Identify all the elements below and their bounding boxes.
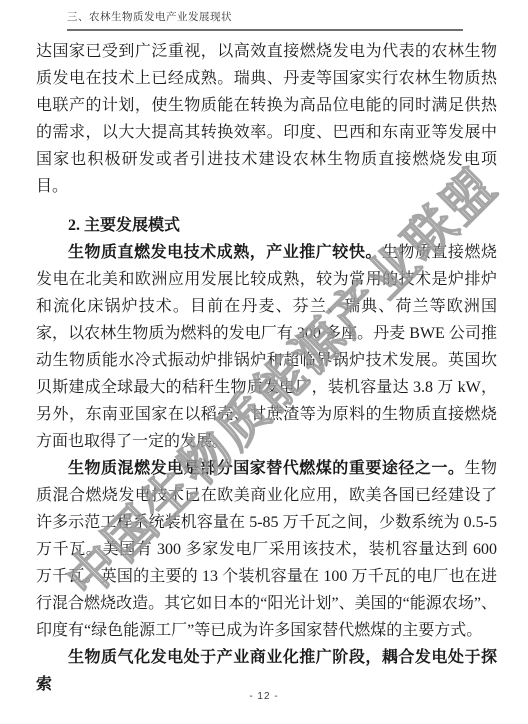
page-header: 三、农林生物质发电产业发展现状 — [67, 7, 463, 31]
paragraph-co-firing: 生物质混燃发电是部分国家替代燃煤的重要途径之一。生物质混合燃烧发电技术已在欧美商… — [36, 455, 497, 644]
paragraph-body-text: 生物质混合燃烧发电技术已在欧美商业化应用，欧美各国已经建设了许多示范工程系统装机… — [36, 460, 497, 639]
paragraph-gasification: 生物质气化发电处于产业商业化推广阶段，耦合发电处于探索 — [36, 644, 497, 698]
paragraph-body-text: 生物质直接燃烧发电在北美和欧洲应用发展比较成熟，较为常用的技术是炉排炉和流化床锅… — [36, 244, 497, 450]
page-content: 达国家已受到广泛重视，以高效直接燃烧发电为代表的农林生物质发电在技术上已经成熟。… — [36, 38, 497, 698]
header-title: 三、农林生物质发电产业发展现状 — [67, 11, 232, 23]
paragraph-lead-sentence: 生物质气化发电处于产业商业化推广阶段，耦合发电处于探索 — [36, 649, 497, 693]
section-heading: 2. 主要发展模式 — [36, 212, 497, 239]
paragraph-lead-sentence: 生物质混燃发电是部分国家替代燃煤的重要途径之一。 — [68, 460, 464, 477]
paragraph-direct-combustion: 生物质直燃发电技术成熟，产业推广较快。生物质直接燃烧发电在北美和欧洲应用发展比较… — [36, 239, 497, 455]
document-page: 三、农林生物质发电产业发展现状 中国生物质能源产业联盟 达国家已受到广泛重视，以… — [0, 0, 528, 724]
paragraph-continuation: 达国家已受到广泛重视，以高效直接燃烧发电为代表的农林生物质发电在技术上已经成熟。… — [36, 38, 497, 200]
paragraph-lead-sentence: 生物质直燃发电技术成熟，产业推广较快。 — [68, 244, 382, 261]
